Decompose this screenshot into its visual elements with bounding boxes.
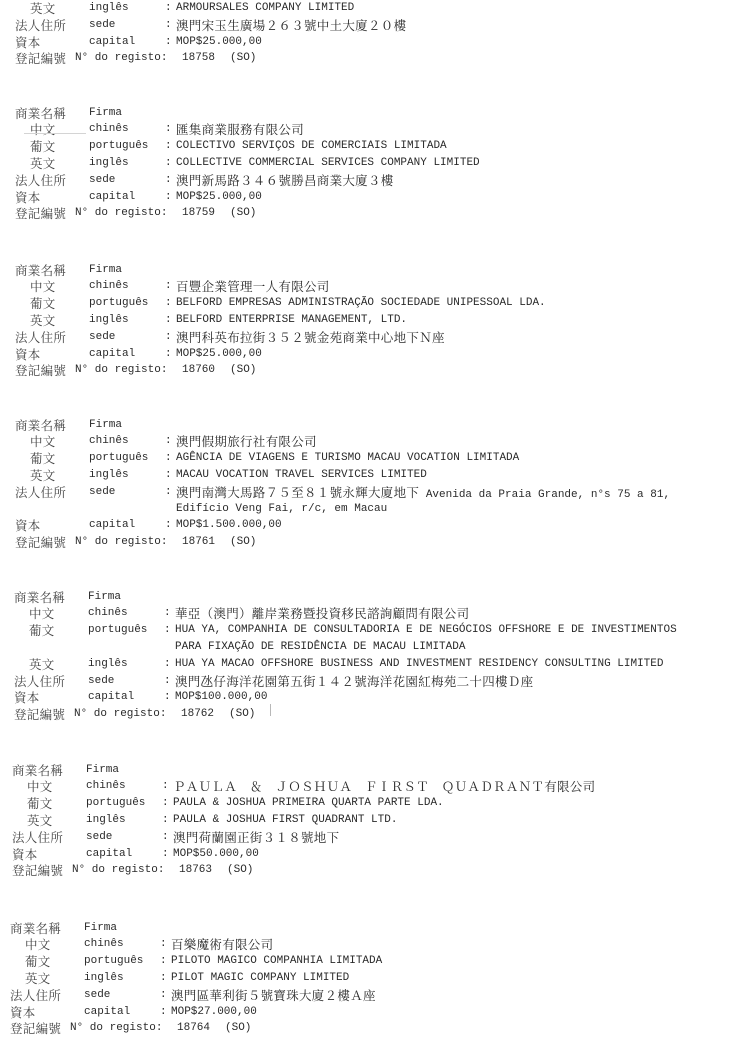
registo-tag: (SO)	[230, 362, 256, 379]
portugues-label-cn: 葡文	[25, 953, 51, 970]
firma-label-cn: 商業名稱	[14, 589, 65, 606]
capital-label-pt: capital	[89, 517, 135, 534]
chines-row: 中文 chinês : ＰＡＵＬＡ ＆ ＪＯＳＨＵＡ ＦＩＲＳＴ ＱＵＡＤＲＡＮ…	[12, 778, 727, 795]
registo-label-pt: N° do registo:	[74, 706, 166, 723]
sede-value-cn: 澳門南灣大馬路７５至８１號永輝大廈地下	[176, 485, 419, 500]
firma-label-pt: Firma	[89, 417, 122, 434]
colon: :	[165, 189, 172, 206]
registo-tag: (SO)	[230, 50, 256, 67]
registo-label-cn: 登記編號	[15, 50, 66, 67]
registo-row: 登記編號 N° do registo: 18761 (SO)	[15, 534, 729, 551]
registo-label-pt: N° do registo:	[75, 205, 167, 222]
registo-number: 18763	[179, 862, 212, 879]
registo-label-cn: 登記編號	[12, 862, 63, 879]
capital-row: 資本 capital : MOP$25.000,00	[15, 34, 729, 51]
ingles-row: 英文 inglês : HUA YA MACAO OFFSHORE BUSINE…	[14, 656, 729, 673]
ingles-value: MACAU VOCATION TRAVEL SERVICES LIMITED	[176, 467, 427, 484]
portugues-label-cn: 葡文	[29, 622, 55, 639]
colon: :	[165, 295, 172, 312]
sede-label-pt: sede	[84, 987, 110, 1004]
colon: :	[165, 34, 172, 51]
scan-artifact-mark	[270, 704, 271, 716]
colon: :	[165, 346, 172, 363]
portugues-label-cn: 葡文	[30, 138, 56, 155]
portugues-value-line2: PARA FIXAÇÃO DE RESIDÊNCIA DE MACAU LIMI…	[175, 639, 465, 656]
ingles-label-cn: 英文	[29, 656, 55, 673]
chines-label-pt: chinês	[88, 605, 128, 622]
chines-label-cn: 中文	[30, 433, 56, 450]
ingles-label-pt: inglês	[89, 467, 129, 484]
capital-value: MOP$100.000,00	[175, 689, 267, 706]
sede-value: 澳門區華利街５號寶珠大廈２樓Ａ座	[171, 987, 376, 1004]
sede-label-cn: 法人住所	[15, 484, 66, 501]
portugues-value: AGÊNCIA DE VIAGENS E TURISMO MACAU VOCAT…	[176, 450, 519, 467]
colon: :	[165, 517, 172, 534]
firma-label-pt: Firma	[84, 920, 117, 937]
chines-row: 中文 chinês : 百豐企業管理一人有限公司	[15, 278, 729, 295]
colon: :	[160, 987, 167, 1004]
chines-label-cn: 中文	[30, 121, 56, 138]
chines-label-cn: 中文	[27, 778, 53, 795]
sede-row: 法人住所 sede : 澳門荷蘭園正街３１８號地下	[12, 829, 727, 846]
ingles-value: HUA YA MACAO OFFSHORE BUSINESS AND INVES…	[175, 656, 663, 673]
colon: :	[160, 970, 167, 987]
ingles-label-pt: inglês	[84, 970, 124, 987]
colon: :	[165, 172, 172, 189]
portugues-value: PILOTO MAGICO COMPANHIA LIMITADA	[171, 953, 382, 970]
colon: :	[165, 329, 172, 346]
ingles-value: PAULA & JOSHUA FIRST QUADRANT LTD.	[173, 812, 397, 829]
portugues-label-pt: português	[86, 795, 145, 812]
sede-label-cn: 法人住所	[15, 17, 66, 34]
colon: :	[165, 121, 172, 138]
portugues-row: 葡文 português : BELFORD EMPRESAS ADMINIST…	[15, 295, 729, 312]
ingles-row: 英文 inglês : PILOT MAGIC COMPANY LIMITED	[10, 970, 725, 987]
registo-tag: (SO)	[227, 862, 253, 879]
registo-row: 登記編號 N° do registo: 18759 (SO)	[15, 205, 729, 222]
colon: :	[165, 484, 172, 501]
capital-label-cn: 資本	[10, 1004, 36, 1021]
sede-value: 澳門氹仔海洋花園第五街１４２號海洋花園紅梅苑二十四樓Ｄ座	[175, 673, 533, 690]
capital-row: 資本 capital : MOP$27.000,00	[10, 1004, 725, 1021]
firma-label-pt: Firma	[88, 589, 121, 606]
firma-label-cn: 商業名稱	[12, 762, 63, 779]
firma-row: 商業名稱 Firma	[14, 589, 729, 606]
portugues-row: 葡文 português : PAULA & JOSHUA PRIMEIRA Q…	[12, 795, 727, 812]
sede-row: 法人住所 sede : 澳門宋玉生廣場２６３號中土大廈２０樓	[15, 17, 729, 34]
capital-value: MOP$25.000,00	[176, 34, 262, 51]
capital-label-pt: capital	[89, 189, 135, 206]
capital-label-cn: 資本	[14, 689, 40, 706]
portugues-row: 葡文 português : COLECTIVO SERVIÇOS DE COM…	[15, 138, 729, 155]
portugues-row: 葡文 português : HUA YA, COMPANHIA DE CONS…	[14, 622, 729, 639]
ingles-label-pt: inglês	[89, 0, 129, 17]
chines-row: 中文 chinês : 匯集商業服務有限公司	[15, 121, 729, 138]
sede-row: 法人住所 sede : 澳門南灣大馬路７５至８１號永輝大廈地下 Avenida …	[15, 484, 729, 501]
chines-row: 中文 chinês : 百樂魔術有限公司	[10, 936, 725, 953]
chines-label-pt: chinês	[86, 778, 126, 795]
portugues-row: 葡文 português : PILOTO MAGICO COMPANHIA L…	[10, 953, 725, 970]
capital-label-cn: 資本	[15, 189, 41, 206]
ingles-value: ARMOURSALES COMPANY LIMITED	[176, 0, 354, 17]
capital-value: MOP$27.000,00	[171, 1004, 257, 1021]
ingles-label-cn: 英文	[25, 970, 51, 987]
sede-label-cn: 法人住所	[12, 829, 63, 846]
sede-value: 澳門科英布拉街３５２號金苑商業中心地下Ｎ座	[176, 329, 445, 346]
colon: :	[160, 1004, 167, 1021]
capital-value: MOP$1.500.000,00	[176, 517, 282, 534]
sede-row: 法人住所 sede : 澳門氹仔海洋花園第五街１４２號海洋花園紅梅苑二十四樓Ｄ座	[14, 673, 729, 690]
chines-value: 匯集商業服務有限公司	[176, 121, 304, 138]
registo-tag: (SO)	[229, 706, 255, 723]
ingles-label-cn: 英文	[30, 312, 56, 329]
ingles-row: 英文 inglês : MACAU VOCATION TRAVEL SERVIC…	[15, 467, 729, 484]
portugues-row: 葡文 português : AGÊNCIA DE VIAGENS E TURI…	[15, 450, 729, 467]
registo-number: 18762	[181, 706, 214, 723]
portugues-label-cn: 葡文	[27, 795, 53, 812]
capital-label-cn: 資本	[15, 346, 41, 363]
portugues-continuation-row: PARA FIXAÇÃO DE RESIDÊNCIA DE MACAU LIMI…	[14, 639, 729, 656]
portugues-label-pt: português	[89, 295, 148, 312]
colon: :	[165, 0, 172, 17]
ingles-label-cn: 英文	[30, 0, 56, 17]
colon: :	[162, 846, 169, 863]
portugues-label-cn: 葡文	[30, 450, 56, 467]
colon: :	[165, 450, 172, 467]
ingles-row: 英文 inglês : PAULA & JOSHUA FIRST QUADRAN…	[12, 812, 727, 829]
registo-label-cn: 登記編號	[15, 362, 66, 379]
colon: :	[164, 656, 171, 673]
registo-number: 18760	[182, 362, 215, 379]
colon: :	[162, 795, 169, 812]
colon: :	[165, 17, 172, 34]
firma-row: 商業名稱 Firma	[12, 762, 727, 779]
registo-label-cn: 登記編號	[14, 706, 65, 723]
registo-label-pt: N° do registo:	[72, 862, 164, 879]
sede-continuation-row: Edifício Veng Fai, r/c, em Macau	[15, 501, 729, 518]
portugues-value: HUA YA, COMPANHIA DE CONSULTADORIA E DE …	[175, 622, 677, 639]
capital-row: 資本 capital : MOP$25.000,00	[15, 189, 729, 206]
capital-label-cn: 資本	[12, 846, 38, 863]
registo-label-pt: N° do registo:	[75, 362, 167, 379]
sede-label-pt: sede	[89, 172, 115, 189]
scan-artifact-line	[24, 133, 86, 134]
sede-value: 澳門新馬路３４６號勝昌商業大廈３樓	[176, 172, 394, 189]
sede-label-pt: sede	[89, 484, 115, 501]
registo-label-pt: N° do registo:	[75, 534, 167, 551]
registo-row: 登記編號 N° do registo: 18758 (SO)	[15, 50, 729, 67]
colon: :	[162, 778, 169, 795]
portugues-label-pt: português	[89, 138, 148, 155]
registo-row: 登記編號 N° do registo: 18762 (SO)	[14, 706, 729, 723]
colon: :	[160, 953, 167, 970]
firma-row: 商業名稱 Firma	[10, 920, 725, 937]
colon: :	[165, 138, 172, 155]
firma-label-cn: 商業名稱	[15, 262, 66, 279]
registo-label-cn: 登記編號	[15, 205, 66, 222]
document-page: 英文 inglês : ARMOURSALES COMPANY LIMITED …	[0, 0, 729, 1051]
capital-value: MOP$50.000,00	[173, 846, 259, 863]
ingles-value: PILOT MAGIC COMPANY LIMITED	[171, 970, 349, 987]
firma-row: 商業名稱 Firma	[15, 262, 729, 279]
colon: :	[160, 936, 167, 953]
chines-value: 澳門假期旅行社有限公司	[176, 433, 317, 450]
registo-number: 18761	[182, 534, 215, 551]
chines-label-pt: chinês	[89, 433, 129, 450]
colon: :	[162, 829, 169, 846]
ingles-value: BELFORD ENTERPRISE MANAGEMENT, LTD.	[176, 312, 407, 329]
sede-value-line2: Edifício Veng Fai, r/c, em Macau	[176, 501, 387, 518]
capital-value: MOP$25.000,00	[176, 346, 262, 363]
chines-value: 百豐企業管理一人有限公司	[176, 278, 330, 295]
capital-label-pt: capital	[86, 846, 132, 863]
portugues-label-pt: português	[89, 450, 148, 467]
capital-value: MOP$25.000,00	[176, 189, 262, 206]
chines-label-pt: chinês	[89, 121, 129, 138]
capital-label-cn: 資本	[15, 34, 41, 51]
colon: :	[164, 622, 171, 639]
capital-row: 資本 capital : MOP$1.500.000,00	[15, 517, 729, 534]
sede-row: 法人住所 sede : 澳門科英布拉街３５２號金苑商業中心地下Ｎ座	[15, 329, 729, 346]
colon: :	[165, 278, 172, 295]
colon: :	[164, 673, 171, 690]
colon: :	[162, 812, 169, 829]
sede-value-pt: Avenida da Praia Grande, n°s 75 a 81,	[426, 489, 670, 501]
registo-row: 登記編號 N° do registo: 18763 (SO)	[12, 862, 727, 879]
sede-label-pt: sede	[86, 829, 112, 846]
sede-label-cn: 法人住所	[15, 329, 66, 346]
capital-label-pt: capital	[89, 34, 135, 51]
ingles-label-cn: 英文	[30, 467, 56, 484]
ingles-value: COLLECTIVE COMMERCIAL SERVICES COMPANY L…	[176, 155, 480, 172]
sede-label-pt: sede	[89, 329, 115, 346]
colon: :	[165, 312, 172, 329]
chines-label-cn: 中文	[29, 605, 55, 622]
chines-label-cn: 中文	[30, 278, 56, 295]
chines-label-pt: chinês	[89, 278, 129, 295]
capital-label-pt: capital	[84, 1004, 130, 1021]
registo-row: 登記編號 N° do registo: 18760 (SO)	[15, 362, 729, 379]
registo-number: 18758	[182, 50, 215, 67]
sede-label-pt: sede	[89, 17, 115, 34]
ingles-row: 英文 inglês : BELFORD ENTERPRISE MANAGEMEN…	[15, 312, 729, 329]
chines-row: 中文 chinês : 澳門假期旅行社有限公司	[15, 433, 729, 450]
firma-label-pt: Firma	[86, 762, 119, 779]
capital-row: 資本 capital : MOP$50.000,00	[12, 846, 727, 863]
capital-label-cn: 資本	[15, 517, 41, 534]
sede-value: 澳門荷蘭園正街３１８號地下	[173, 829, 339, 846]
ingles-label-pt: inglês	[89, 312, 129, 329]
chines-label-pt: chinês	[84, 936, 124, 953]
sede-row: 法人住所 sede : 澳門區華利街５號寶珠大廈２樓Ａ座	[10, 987, 725, 1004]
colon: :	[165, 467, 172, 484]
registo-tag: (SO)	[230, 534, 256, 551]
colon: :	[164, 689, 171, 706]
firma-label-pt: Firma	[89, 105, 122, 122]
portugues-value: PAULA & JOSHUA PRIMEIRA QUARTA PARTE LDA…	[173, 795, 444, 812]
colon: :	[164, 605, 171, 622]
portugues-label-pt: português	[84, 953, 143, 970]
ingles-row: 英文 inglês : ARMOURSALES COMPANY LIMITED	[15, 0, 729, 17]
colon: :	[165, 155, 172, 172]
colon: :	[165, 433, 172, 450]
sede-value: 澳門宋玉生廣場２６３號中土大廈２０樓	[176, 17, 406, 34]
registo-label-cn: 登記編號	[10, 1020, 61, 1037]
registo-label-pt: N° do registo:	[70, 1020, 162, 1037]
firma-label-cn: 商業名稱	[15, 417, 66, 434]
capital-label-pt: capital	[89, 346, 135, 363]
firma-row: 商業名稱 Firma	[15, 417, 729, 434]
firma-row: 商業名稱 Firma	[15, 105, 729, 122]
registo-label-cn: 登記編號	[15, 534, 66, 551]
ingles-label-pt: inglês	[86, 812, 126, 829]
registo-row: 登記編號 N° do registo: 18764 (SO)	[10, 1020, 725, 1037]
chines-label-cn: 中文	[25, 936, 51, 953]
capital-row: 資本 capital : MOP$100.000,00	[14, 689, 729, 706]
ingles-label-pt: inglês	[88, 656, 128, 673]
chines-value: ＰＡＵＬＡ ＆ ＪＯＳＨＵＡ ＦＩＲＳＴ ＱＵＡＤＲＡＮＴ有限公司	[173, 778, 595, 795]
firma-label-pt: Firma	[89, 262, 122, 279]
ingles-label-cn: 英文	[30, 155, 56, 172]
chines-value: 華亞（澳門）離岸業務暨投資移民諮詢顧問有限公司	[175, 605, 469, 622]
chines-row: 中文 chinês : 華亞（澳門）離岸業務暨投資移民諮詢顧問有限公司	[14, 605, 729, 622]
firma-label-cn: 商業名稱	[15, 105, 66, 122]
registo-tag: (SO)	[225, 1020, 251, 1037]
portugues-value: COLECTIVO SERVIÇOS DE COMERCIAIS LIMITAD…	[176, 138, 447, 155]
sede-row: 法人住所 sede : 澳門新馬路３４６號勝昌商業大廈３樓	[15, 172, 729, 189]
sede-label-pt: sede	[88, 673, 114, 690]
capital-label-pt: capital	[88, 689, 134, 706]
sede-label-cn: 法人住所	[10, 987, 61, 1004]
capital-row: 資本 capital : MOP$25.000,00	[15, 346, 729, 363]
registo-number: 18759	[182, 205, 215, 222]
ingles-label-pt: inglês	[89, 155, 129, 172]
sede-label-cn: 法人住所	[15, 172, 66, 189]
ingles-label-cn: 英文	[27, 812, 53, 829]
portugues-label-cn: 葡文	[30, 295, 56, 312]
chines-value: 百樂魔術有限公司	[171, 936, 273, 953]
registo-label-pt: N° do registo:	[75, 50, 167, 67]
registo-tag: (SO)	[230, 205, 256, 222]
ingles-row: 英文 inglês : COLLECTIVE COMMERCIAL SERVIC…	[15, 155, 729, 172]
portugues-label-pt: português	[88, 622, 147, 639]
firma-label-cn: 商業名稱	[10, 920, 61, 937]
registo-number: 18764	[177, 1020, 210, 1037]
sede-label-cn: 法人住所	[14, 673, 65, 690]
portugues-value: BELFORD EMPRESAS ADMINISTRAÇÃO SOCIEDADE…	[176, 295, 546, 312]
